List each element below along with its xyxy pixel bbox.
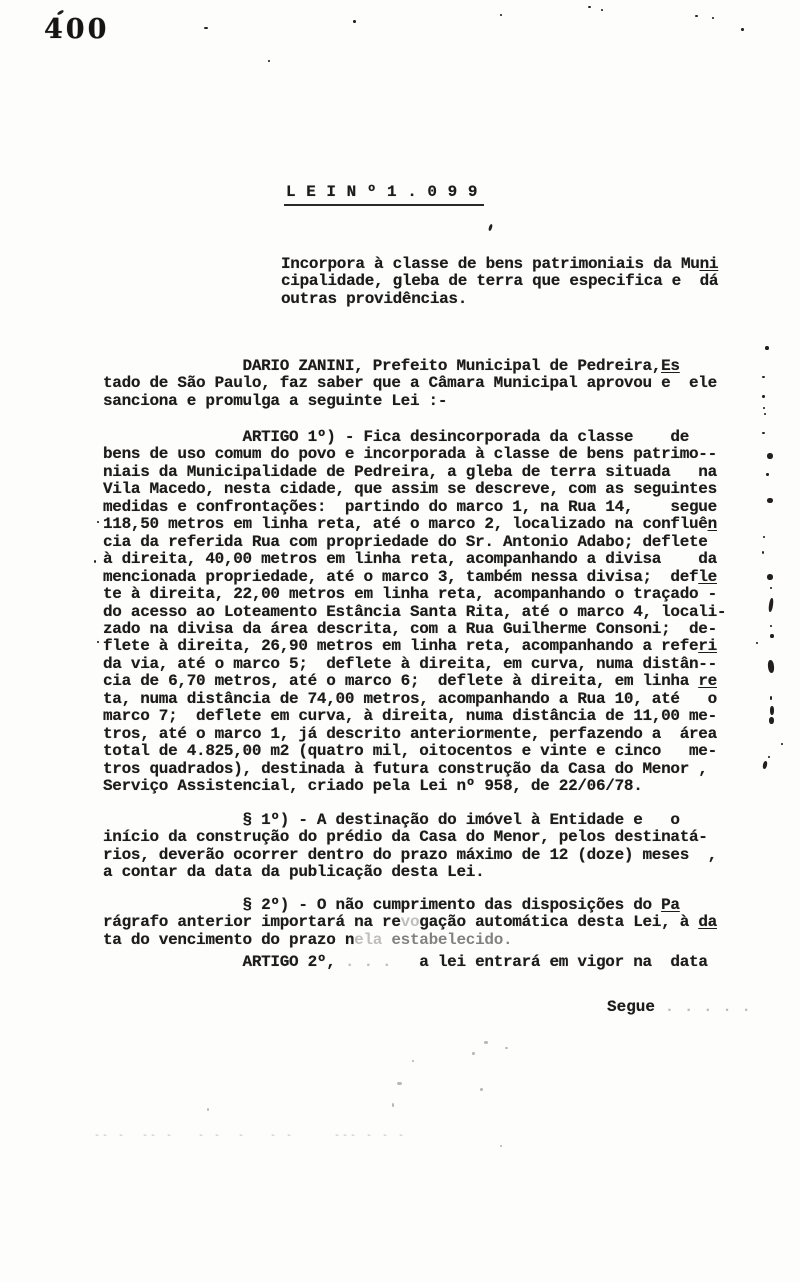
ink-speck (763, 536, 765, 538)
text-line: marco 7; deflete em curva, à direita, nu… (103, 708, 726, 725)
paragrafo-1-paragraph: § 1º) - A destinação do imóvel à Entidad… (103, 812, 717, 882)
ink-speck (768, 756, 770, 758)
ink-speck (601, 9, 603, 11)
text-line: da via, até o marco 5; deflete à direita… (103, 656, 726, 673)
text-line: ta, numa distância de 74,00 metros, acom… (103, 691, 726, 708)
continuation-note: Segue . . . . . (607, 998, 751, 1016)
text-line: cia da referida Rua com propriedade do S… (103, 534, 726, 551)
ink-speck (762, 432, 765, 434)
ink-speck (207, 1108, 209, 1111)
text-line: ta do vencimento do prazo nela estabelec… (103, 932, 717, 949)
artigo-2-paragraph: ARTIGO 2º, . . . a lei entrará em vigor … (103, 954, 708, 971)
ink-speck (472, 1052, 475, 1055)
ink-speck (766, 473, 769, 476)
ink-speck (712, 17, 714, 19)
text-line: Incorpora à classe de bens patrimoniais … (281, 256, 718, 273)
text-line: 118,50 metros em linha reta, até o marco… (103, 516, 726, 533)
artigo-1-paragraph: ARTIGO 1º) - Fica desincorporada da clas… (103, 429, 726, 796)
text-line: te à direita, 22,00 metros em linha reta… (103, 586, 726, 603)
text-line: do acesso ao Loteamento Estância Santa R… (103, 604, 726, 621)
text-line: outras providências. (281, 291, 718, 308)
ink-speck (695, 15, 698, 17)
preamble-paragraph: DARIO ZANINI, Prefeito Municipal de Pedr… (103, 358, 717, 410)
ink-speck (412, 1060, 414, 1062)
text-line: Vila Macedo, nesta cidade, que assim se … (103, 481, 726, 498)
text-line: cia de 6,70 metros, até o marco 6; defle… (103, 673, 726, 690)
text-line: niais da Municipalidade de Pedreira, a g… (103, 464, 726, 481)
ink-speck (480, 1088, 483, 1091)
text-line: a contar da data da publicação desta Lei… (103, 864, 717, 881)
ink-speck (767, 498, 773, 503)
law-title: L E I N º 1 . 0 9 9 (284, 183, 484, 206)
ink-speck (763, 407, 765, 409)
text-line: bens de uso comum do povo e incorporada … (103, 446, 726, 463)
ink-speck (762, 376, 765, 378)
text-line: tros, até o marco 1, já descrito anterio… (103, 726, 726, 743)
paragrafo-2-paragraph: § 2º) - O não cumprimento das disposiçõe… (103, 897, 717, 949)
text-line: § 2º) - O não cumprimento das disposiçõe… (103, 897, 717, 914)
ink-speck (97, 521, 99, 523)
ink-speck (588, 6, 591, 8)
ink-speck (768, 598, 774, 612)
ink-speck (268, 60, 270, 62)
ink-speck (767, 574, 773, 580)
text-line: tado de São Paulo, faz saber que a Câmar… (103, 375, 717, 392)
continuation-label: Segue (607, 998, 655, 1016)
text-line: à direita, 40,00 metros em linha reta, a… (103, 551, 726, 568)
text-line: § 1º) - A destinação do imóvel à Entidad… (103, 812, 717, 829)
text-line: rágrafo anterior importará na revogação … (103, 914, 717, 931)
ink-speck (484, 1041, 488, 1044)
ink-speck (500, 1145, 502, 1147)
text-line: sanciona e promulga a seguinte Lei :- (103, 393, 717, 410)
ink-speck (94, 560, 96, 563)
page-number: 400 (44, 14, 109, 45)
ink-speck (764, 413, 766, 415)
ink-speck (770, 587, 772, 589)
ink-speck (500, 14, 502, 16)
continuation-dots: . . . . . (655, 998, 751, 1016)
ink-speck (767, 453, 773, 459)
ink-speck (765, 346, 769, 350)
text-line: mencionada propriedade, até o marco 3, t… (103, 569, 726, 586)
scanned-document-page: 400 L E I N º 1 . 0 9 9 Incorpora à clas… (0, 0, 800, 1282)
text-line: Serviço Assistencial, criado pela Lei nº… (103, 778, 726, 795)
ink-speck (488, 224, 493, 232)
ink-speck (770, 625, 772, 627)
ink-speck (505, 1047, 508, 1049)
ink-speck (204, 27, 208, 29)
ink-speck (770, 696, 772, 700)
ink-speck (756, 642, 758, 644)
ink-speck (770, 634, 774, 638)
ink-speck (762, 395, 765, 398)
ink-speck (770, 706, 774, 715)
text-line: zado na divisa da área descrita, com a R… (103, 621, 726, 638)
ink-speck (397, 1082, 402, 1085)
text-line: cipalidade, gleba de terra que especific… (281, 273, 718, 290)
faint-dashed-line: -- - -- - - - - - - --- - - - (94, 1131, 406, 1142)
text-line: ARTIGO 1º) - Fica desincorporada da clas… (103, 429, 726, 446)
ink-speck (769, 717, 774, 724)
ink-speck (762, 551, 764, 554)
ink-speck (353, 20, 356, 23)
epigraph: Incorpora à classe de bens patrimoniais … (281, 256, 718, 308)
text-line: tros quadrados), destinada à futura cons… (103, 761, 726, 778)
text-line: flete à direita, 26,90 metros em linha r… (103, 638, 726, 655)
text-line: DARIO ZANINI, Prefeito Municipal de Pedr… (103, 358, 717, 375)
ink-speck (97, 641, 99, 643)
ink-speck (767, 660, 774, 674)
text-line: total de 4.825,00 m2 (quatro mil, oitoce… (103, 743, 726, 760)
ink-speck (392, 1103, 394, 1107)
text-line: rios, deverão ocorrer dentro do prazo má… (103, 847, 717, 864)
ink-speck (781, 743, 783, 745)
ink-speck (741, 28, 744, 31)
ink-speck (762, 761, 768, 770)
text-line: ARTIGO 2º, . . . a lei entrará em vigor … (103, 954, 708, 971)
text-line: medidas e confrontações: partindo do mar… (103, 499, 726, 516)
text-line: início da construção do prédio da Casa d… (103, 829, 717, 846)
